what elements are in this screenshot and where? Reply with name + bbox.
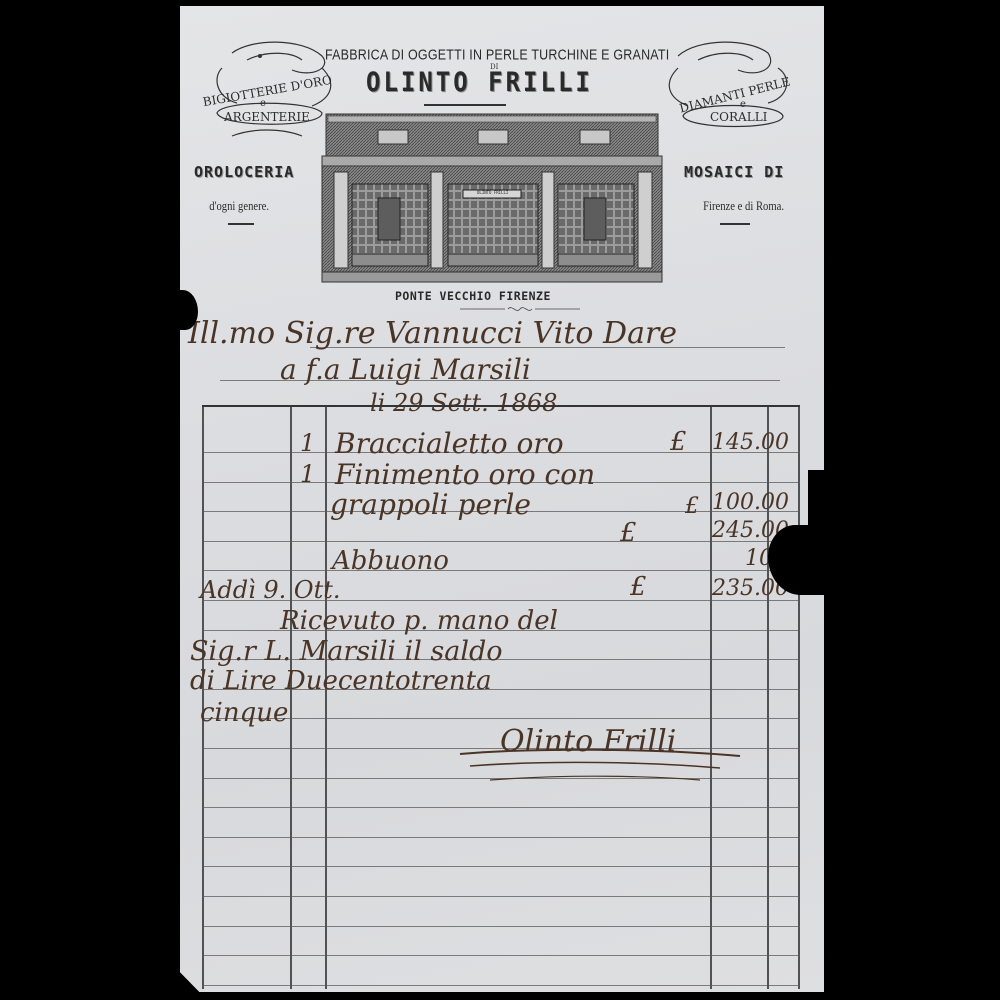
item-description: Finimento oro con: [335, 458, 595, 491]
left-cartouche-line2: e: [260, 98, 266, 109]
right-cartouche-line3: CORALLI: [710, 110, 767, 124]
ledger-row-rule: [202, 807, 800, 808]
receipt-line: Sig.r L. Marsili il saldo: [190, 636, 503, 667]
storefront-engraving: [318, 110, 666, 286]
left-block-title: OROLOCERIA: [194, 163, 294, 181]
firm-name: OLINTO FRILLI: [366, 67, 593, 98]
shop-sign: OLINTO FRILLI: [477, 190, 508, 195]
creditor-line: a f.a Luigi Marsili: [280, 353, 531, 386]
ledger-row-rule: [202, 985, 800, 986]
item-currency: £: [670, 427, 687, 457]
right-block-rule: [720, 223, 750, 225]
item-amount: 100.00: [712, 490, 789, 515]
item-currency: £: [685, 494, 699, 519]
right-block-subtitle: Firenze e di Roma.: [703, 199, 784, 214]
invoice-paper: FABBRICA DI OGGETTI IN PERLE TURCHINE E …: [180, 6, 824, 992]
subtotal-currency: £: [620, 518, 637, 548]
item-description: Braccialetto oro: [335, 427, 564, 460]
receipt-line: cinque: [200, 698, 288, 728]
ledger-row-rule: [202, 718, 800, 719]
left-block-subtitle: d'ogni genere.: [209, 199, 269, 214]
ledger-row-rule: [202, 896, 800, 897]
ledger-row-rule: [202, 926, 800, 927]
addressee-line: Ill.mo Sig.re Vannucci Vito Dare: [188, 316, 677, 351]
ledger-col-line: [325, 406, 327, 989]
paper-edge-tear: [808, 470, 828, 595]
receipt-date: Addì 9. Ott.: [200, 576, 340, 604]
signature-flourish: [450, 746, 750, 786]
right-cartouche-line2: e: [740, 99, 746, 110]
left-cartouche-line3: ARGENTERIE: [224, 110, 310, 124]
item-description: grappoli perle: [330, 488, 531, 521]
item-qty: 1: [300, 460, 315, 488]
receipt-line: Ricevuto p. mano del: [280, 606, 558, 636]
ledger-col-line: [290, 406, 292, 989]
left-block-rule: [228, 223, 254, 225]
ledger-row-rule: [202, 541, 800, 542]
ledger-row-rule: [202, 570, 800, 571]
ledger-row-rule: [202, 866, 800, 867]
location-caption: PONTE VECCHIO FIRENZE: [395, 289, 551, 303]
ledger-row-rule: [202, 955, 800, 956]
ledger-col-line: [798, 406, 800, 989]
right-block-title: MOSAICI DI: [684, 163, 784, 181]
discount-label: Abbuono: [332, 546, 449, 576]
caption-flourish: [460, 304, 580, 314]
receipt-line: di Lire Duecentotrenta: [190, 666, 492, 696]
item-amount: 145.00: [712, 430, 789, 455]
paper-damage-left: [170, 290, 198, 330]
total-currency: £: [630, 572, 647, 602]
firm-underline: [424, 104, 506, 106]
item-qty: 1: [300, 429, 315, 457]
date-line: li 29 Sett. 1868: [370, 389, 557, 417]
letterhead-tagline: FABBRICA DI OGGETTI IN PERLE TURCHINE E …: [325, 47, 669, 63]
ledger-row-rule: [202, 837, 800, 838]
